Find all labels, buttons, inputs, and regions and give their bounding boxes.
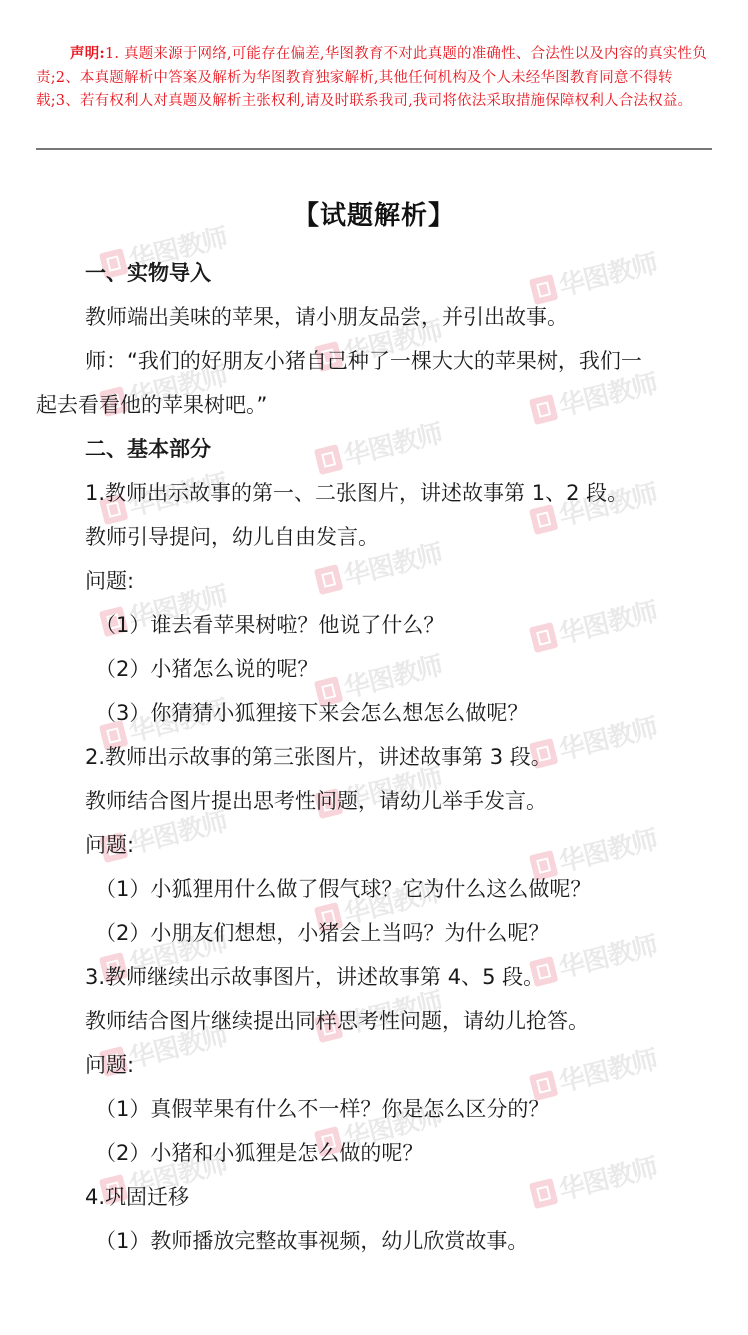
section-heading: 二、基本部分 <box>85 433 211 463</box>
question-item: （2）小朋友们想想，小猪会上当吗？为什么呢？ <box>95 917 549 947</box>
question-item: （2）小猪怎么说的呢？ <box>95 653 318 683</box>
watermark: 华图教师 <box>527 591 660 658</box>
watermark-logo-icon <box>529 274 559 305</box>
question-item: （3）你猜猜小狐狸接下来会怎么想怎么做呢？ <box>95 697 528 727</box>
paragraph: 教师引导提问，幼儿自由发言。 <box>85 521 379 551</box>
section-heading: 一、实物导入 <box>85 257 211 287</box>
watermark: 华图教师 <box>527 243 660 310</box>
disclaimer-label: 声明: <box>70 45 105 62</box>
disclaimer-notice: 声明:1. 真题来源于网络,可能存在偏差,华图教育不对此真题的准确性、合法性以及… <box>36 42 712 114</box>
watermark-logo-icon <box>529 1178 559 1209</box>
watermark: 华图教师 <box>312 413 445 480</box>
step-heading: 3.教师继续出示故事图片，讲述故事第 4、5 段。 <box>85 961 544 991</box>
paragraph: 教师端出美味的苹果，请小朋友品尝，并引出故事。 <box>85 301 568 331</box>
watermark-logo-icon <box>314 564 344 595</box>
watermark-logo-icon <box>529 622 559 653</box>
paragraph: 起去看看他的苹果树吧。” <box>36 389 267 419</box>
step-heading: 4.巩固迁移 <box>85 1181 189 1211</box>
question-label: 问题: <box>85 1049 134 1079</box>
paragraph: 教师结合图片提出思考性问题，请幼儿举手发言。 <box>85 785 547 815</box>
separator-line <box>36 148 712 150</box>
question-item: （1）谁去看苹果树啦？他说了什么？ <box>95 609 444 639</box>
question-item: （1）教师播放完整故事视频，幼儿欣赏故事。 <box>95 1225 528 1255</box>
question-label: 问题: <box>85 829 134 859</box>
page-title: 【试题解析】 <box>0 195 748 232</box>
watermark-logo-icon <box>314 444 344 475</box>
disclaimer-text: 1. 真题来源于网络,可能存在偏差,华图教育不对此真题的准确性、合法性以及内容的… <box>36 46 707 109</box>
watermark: 华图教师 <box>527 1147 660 1214</box>
watermark-logo-icon <box>529 394 559 425</box>
question-item: （1）真假苹果有什么不一样？你是怎么区分的？ <box>95 1093 549 1123</box>
question-item: （1）小狐狸用什么做了假气球？它为什么这么做呢？ <box>95 873 591 903</box>
watermark-logo-icon <box>529 504 559 535</box>
question-label: 问题: <box>85 565 134 595</box>
paragraph: 教师结合图片继续提出同样思考性问题，请幼儿抢答。 <box>85 1005 589 1035</box>
question-item: （2）小猪和小狐狸是怎么做的呢？ <box>95 1137 423 1167</box>
step-heading: 1.教师出示故事的第一、二张图片，讲述故事第 1、2 段。 <box>85 477 628 507</box>
paragraph: 师：“我们的好朋友小猪自己种了一棵大大的苹果树，我们一 <box>85 345 642 375</box>
step-heading: 2.教师出示故事的第三张图片，讲述故事第 3 段。 <box>85 741 552 771</box>
